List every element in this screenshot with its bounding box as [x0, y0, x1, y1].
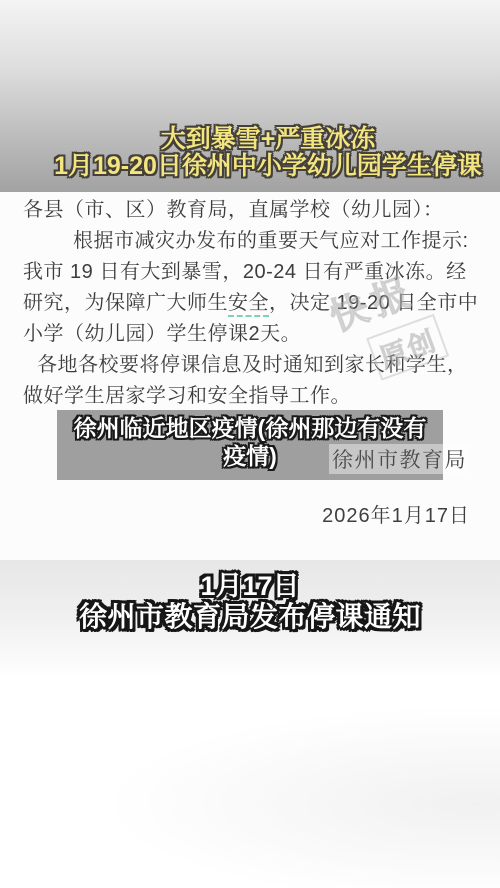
- notice-line-3: 我市 19 日有大到暴雪，20-24 日有严重冰冻。经: [23, 257, 482, 288]
- notice-line-6: 各地各校要将停课信息及时通知到家长和学生，: [23, 350, 482, 381]
- bottom-title-date: 1月17日: [0, 572, 500, 601]
- notice-line-5: 小学（幼儿园）学生停课2天。: [23, 319, 482, 350]
- notice-line-1: 各县（市、区）教育局，直属学校（幼儿园）：: [23, 195, 482, 226]
- notice-line-2: 根据市减灾办发布的重要天气应对工作提示:: [23, 226, 482, 257]
- video-frame: 大到暴雪+严重冰冻 1月19-20日徐州中小学幼儿园学生停课 各县（市、区）教育…: [0, 0, 500, 888]
- notice-line-4-post: ，决定 19-20 日全市中: [269, 292, 478, 314]
- notice-line-7: 做好学生居家学习和安全指导工作。: [23, 381, 482, 412]
- bottom-title-text: 徐州市教育局发布停课通知: [0, 601, 500, 632]
- bottom-white-area: [0, 678, 500, 888]
- top-gray-band: 大到暴雪+严重冰冻 1月19-20日徐州中小学幼儿园学生停课: [0, 0, 500, 192]
- bottom-title-band: 1月17日 徐州市教育局发布停课通知: [0, 560, 500, 678]
- headline-line1: 大到暴雪+严重冰冻: [18, 126, 500, 153]
- headline-line2: 1月19-20日徐州中小学幼儿园学生停课: [18, 153, 500, 180]
- notice-line-4-pre: 研究，为保障广大师生: [23, 292, 228, 314]
- document-date: 2026年1月17日: [322, 499, 470, 528]
- video-headline: 大到暴雪+严重冰冻 1月19-20日徐州中小学幼儿园学生停课: [18, 126, 500, 180]
- notice-document: 各县（市、区）教育局，直属学校（幼儿园）： 根据市减灾办发布的重要天气应对工作提…: [0, 192, 500, 560]
- document-signature: 徐州市教育局: [329, 444, 470, 474]
- notice-line-4: 研究，为保障广大师生安全，决定 19-20 日全市中: [23, 288, 482, 319]
- spellcheck-underlined-text: 安全: [228, 292, 269, 317]
- notice-body: 各县（市、区）教育局，直属学校（幼儿园）： 根据市减灾办发布的重要天气应对工作提…: [0, 195, 500, 412]
